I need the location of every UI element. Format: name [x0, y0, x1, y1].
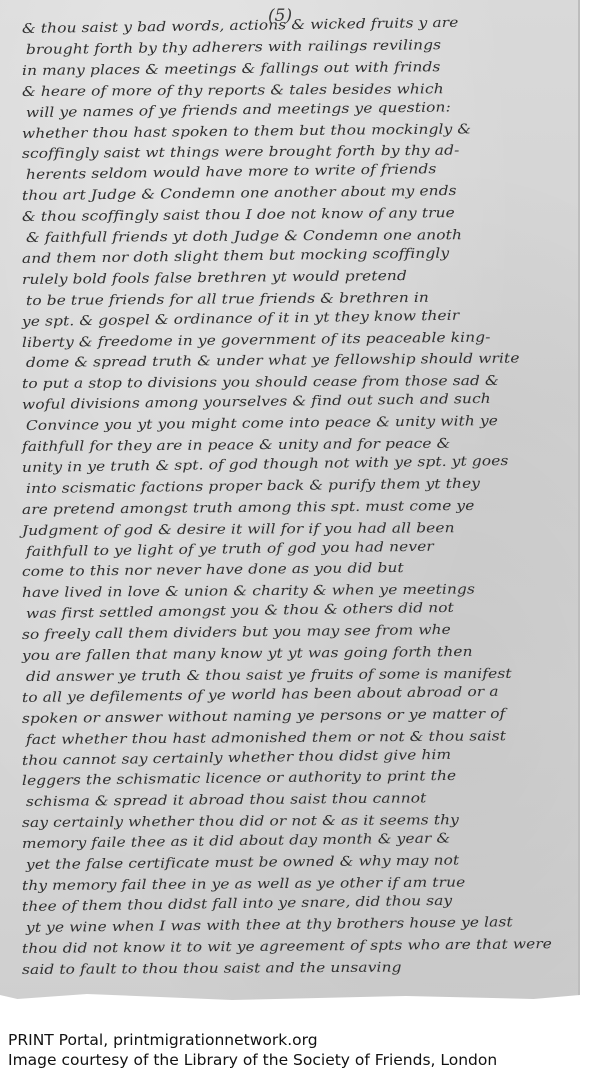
manuscript-line: to all ye defilements of ye world has be…	[22, 685, 499, 706]
manuscript-line: thy memory fail thee in ye as well as ye…	[22, 875, 465, 893]
manuscript-line: to be true friends for all true friends …	[26, 291, 429, 309]
manuscript-line: woful divisions among yourselves & find …	[22, 392, 491, 413]
manuscript-line: so freely call them dividers but you may…	[22, 623, 451, 643]
manuscript-line: yet the false certificate must be owned …	[26, 853, 459, 873]
manuscript-line: will ye names of ye friends and meetings…	[26, 100, 451, 121]
manuscript-line: into scismatic factions proper back & pu…	[26, 476, 480, 496]
manuscript-line: thou cannot say certainly whether thou d…	[22, 747, 451, 768]
manuscript-line: whether thou hast spoken to them but tho…	[22, 122, 471, 142]
manuscript-line: thou did not know it to wit ye agreement…	[22, 937, 552, 957]
manuscript-line: ye spt. & gospel & ordinance of it in yt…	[22, 308, 459, 329]
manuscript-line: you are fallen that many know yt yt was …	[22, 645, 473, 664]
manuscript-line: dome & spread truth & under what ye fell…	[26, 352, 520, 372]
manuscript-line: & faithfull friends yt doth Judge & Cond…	[26, 228, 462, 246]
manuscript-line: faithfull for they are in peace & unity …	[22, 437, 451, 455]
manuscript-line: fact whether thou hast admonished them o…	[26, 729, 506, 748]
caption-courtesy: Image courtesy of the Library of the Soc…	[8, 1050, 497, 1070]
manuscript-line: yt ye wine when I was with thee at thy b…	[26, 915, 513, 936]
manuscript-line: leggers the schismatic licence or author…	[22, 769, 456, 789]
image-credit: PRINT Portal, printmigrationnetwork.org …	[8, 1030, 497, 1070]
manuscript-line: in many places & meetings & fallings out…	[22, 60, 441, 79]
manuscript-line: schisma & spread it abroad thou saist th…	[26, 792, 427, 811]
manuscript-line: unity in ye truth & spt. of god though n…	[22, 454, 509, 476]
manuscript-page: (5) & thou saist y bad words, actions & …	[0, 0, 580, 1003]
manuscript-line: & thou scoffingly saist thou I doe not k…	[22, 206, 455, 225]
manuscript-line: spoken or answer without naming ye perso…	[22, 707, 506, 727]
manuscript-line: to put a stop to divisions you should ce…	[22, 374, 499, 392]
manuscript-line: scoffingly saist wt things were brought …	[22, 144, 459, 162]
caption-source: PRINT Portal, printmigrationnetwork.org	[8, 1030, 497, 1050]
manuscript-line: Judgment of god & desire it will for if …	[22, 521, 455, 539]
manuscript-line: say certainly whether thou did or not & …	[22, 813, 459, 831]
manuscript-line: thou art Judge & Condemn one another abo…	[22, 184, 457, 204]
manuscript-line: faithfull to ye light of ye truth of god…	[26, 539, 434, 559]
manuscript-line: rulely bold fools false brethren yt woul…	[22, 269, 407, 288]
manuscript-line: brought forth by thy adherers with raili…	[26, 38, 441, 58]
manuscript-line: come to this nor never have done as you …	[22, 561, 404, 580]
manuscript-line: & heare of more of thy reports & tales b…	[22, 82, 444, 100]
manuscript-line: liberty & freedome in ye government of i…	[22, 330, 491, 351]
manuscript-line: and them nor doth slight them but mockin…	[22, 246, 449, 267]
manuscript-line: Convince you yt you might come into peac…	[26, 414, 498, 434]
manuscript-line: are pretend amongst truth among this spt…	[22, 499, 475, 518]
manuscript-line: herents seldom would have more to write …	[26, 162, 437, 183]
manuscript-line: have lived in love & union & charity & w…	[22, 583, 475, 602]
manuscript-line: memory faile thee as it did about day mo…	[22, 831, 450, 852]
manuscript-line: did answer ye truth & thou saist ye frui…	[26, 667, 512, 685]
manuscript-line: said to fault to thou thou saist and the…	[22, 960, 402, 977]
manuscript-line: thee of them thou didst fall into ye sna…	[22, 894, 453, 915]
manuscript-line: & thou saist y bad words, actions & wick…	[22, 16, 459, 37]
manuscript-line: was first settled amongst you & thou & o…	[26, 601, 454, 622]
